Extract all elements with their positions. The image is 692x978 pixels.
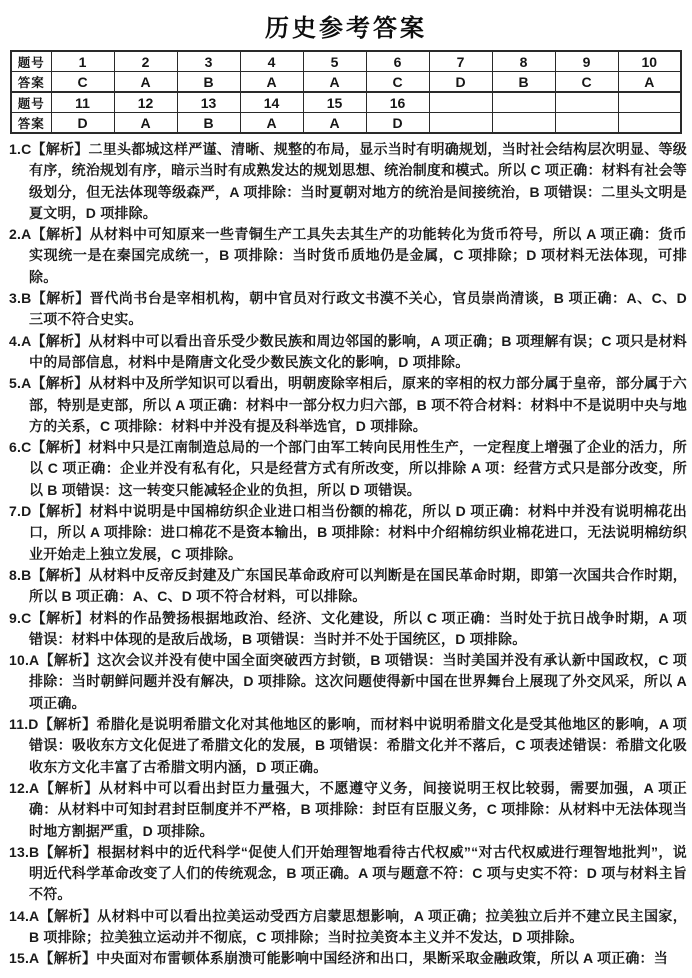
table-row-question-numbers-1: 题号 1 2 3 4 5 6 7 8 9 10 bbox=[11, 51, 681, 72]
page-title: 历史参考答案 bbox=[0, 8, 692, 43]
explanation-item-6: 6.C【解析】材料中只是江南制造总局的一个部门由军工转向民用性生产，一定程度上增… bbox=[9, 437, 687, 501]
qnum-cell: 13 bbox=[177, 92, 240, 113]
qnum-cell: 15 bbox=[303, 92, 366, 113]
answer-cell: D bbox=[429, 72, 492, 93]
row-header: 答案 bbox=[11, 72, 51, 93]
answer-cell: A bbox=[303, 113, 366, 134]
explanation-item-8: 8.B【解析】从材料中反帝反封建及广东国民革命政府可以判断是在国民革命时期，即第… bbox=[9, 565, 687, 608]
qnum-cell: 12 bbox=[114, 92, 177, 113]
answer-cell: D bbox=[366, 113, 429, 134]
answer-cell bbox=[618, 113, 681, 134]
row-header: 题号 bbox=[11, 51, 51, 72]
explanation-item-12: 12.A【解析】从材料中可以看出封臣力量强大，不愿遵守义务，间接说明王权比较弱，… bbox=[9, 778, 687, 842]
answer-cell: A bbox=[303, 72, 366, 93]
answer-cell bbox=[555, 113, 618, 134]
answer-cell: D bbox=[51, 113, 114, 134]
explanation-item-9: 9.C【解析】材料的作品赞扬根据地政治、经济、文化建设，所以 C 项正确：当时处… bbox=[9, 608, 687, 651]
explanation-item-14: 14.A【解析】从材料中可以看出拉美运动受西方启蒙思想影响，A 项正确；拉美独立… bbox=[9, 906, 687, 949]
answer-cell: B bbox=[492, 72, 555, 93]
answer-cell bbox=[492, 113, 555, 134]
answer-cell: A bbox=[240, 113, 303, 134]
answer-cell: A bbox=[114, 72, 177, 93]
explanation-item-15: 15.A【解析】中央面对布雷顿体系崩溃可能影响中国经济和出口，果断采取金融政策，… bbox=[9, 948, 687, 969]
explanation-item-3: 3.B【解析】晋代尚书台是宰相机构，朝中官员对行政文书漠不关心，官员崇尚清谈，B… bbox=[9, 288, 687, 331]
answer-table: 题号 1 2 3 4 5 6 7 8 9 10 答案 C A B A A C D bbox=[10, 50, 682, 134]
answer-sheet-page: 历史参考答案 题号 1 2 3 4 5 6 7 8 9 10 答案 C bbox=[0, 8, 692, 978]
row-header: 题号 bbox=[11, 92, 51, 113]
qnum-cell: 5 bbox=[303, 51, 366, 72]
explanation-item-2: 2.A【解析】从材料中可知原来一些青铜生产工具失去其生产的功能转化为货币符号，所… bbox=[9, 224, 687, 288]
answer-cell: A bbox=[114, 113, 177, 134]
answer-cell: A bbox=[240, 72, 303, 93]
qnum-cell: 16 bbox=[366, 92, 429, 113]
answer-cell bbox=[429, 113, 492, 134]
answer-cell: C bbox=[51, 72, 114, 93]
qnum-cell: 8 bbox=[492, 51, 555, 72]
explanation-item-11: 11.D【解析】希腊化是说明希腊文化对其他地区的影响，而材料中说明希腊文化是受其… bbox=[9, 714, 687, 778]
qnum-cell: 6 bbox=[366, 51, 429, 72]
table-row-answers-2: 答案 D A B A A D bbox=[11, 113, 681, 134]
qnum-cell: 3 bbox=[177, 51, 240, 72]
explanations-list: 1.C【解析】二里头都城这样严谨、清晰、规整的布局，显示当时有明确规划，当时社会… bbox=[0, 134, 692, 970]
qnum-cell: 7 bbox=[429, 51, 492, 72]
answer-cell: A bbox=[618, 72, 681, 93]
qnum-cell: 10 bbox=[618, 51, 681, 72]
qnum-cell bbox=[618, 92, 681, 113]
qnum-cell bbox=[429, 92, 492, 113]
answer-cell: B bbox=[177, 113, 240, 134]
qnum-cell bbox=[555, 92, 618, 113]
qnum-cell: 14 bbox=[240, 92, 303, 113]
qnum-cell: 11 bbox=[51, 92, 114, 113]
explanation-item-5: 5.A【解析】从材料中及所学知识可以看出，明朝废除宰相后，原来的宰相的权力部分属… bbox=[9, 373, 687, 437]
qnum-cell: 2 bbox=[114, 51, 177, 72]
explanation-item-7: 7.D【解析】材料中说明是中国棉纺织企业进口相当份额的棉花，所以 D 项正确：材… bbox=[9, 501, 687, 565]
qnum-cell: 1 bbox=[51, 51, 114, 72]
answer-cell: C bbox=[555, 72, 618, 93]
answer-cell: B bbox=[177, 72, 240, 93]
qnum-cell bbox=[492, 92, 555, 113]
explanation-item-10: 10.A【解析】这次会议并没有使中国全面突破西方封锁，B 项错误：当时美国并没有… bbox=[9, 650, 687, 714]
explanation-item-4: 4.A【解析】从材料中可以看出音乐受少数民族和周边邻国的影响，A 项正确；B 项… bbox=[9, 331, 687, 374]
row-header: 答案 bbox=[11, 113, 51, 134]
table-row-question-numbers-2: 题号 11 12 13 14 15 16 bbox=[11, 92, 681, 113]
explanation-item-13: 13.B【解析】根据材料中的近代科学“促使人们开始理智地看待古代权威”“对古代权… bbox=[9, 842, 687, 906]
qnum-cell: 4 bbox=[240, 51, 303, 72]
qnum-cell: 9 bbox=[555, 51, 618, 72]
answer-cell: C bbox=[366, 72, 429, 93]
explanation-item-1: 1.C【解析】二里头都城这样严谨、清晰、规整的布局，显示当时有明确规划，当时社会… bbox=[9, 139, 687, 224]
table-row-answers-1: 答案 C A B A A C D B C A bbox=[11, 72, 681, 93]
